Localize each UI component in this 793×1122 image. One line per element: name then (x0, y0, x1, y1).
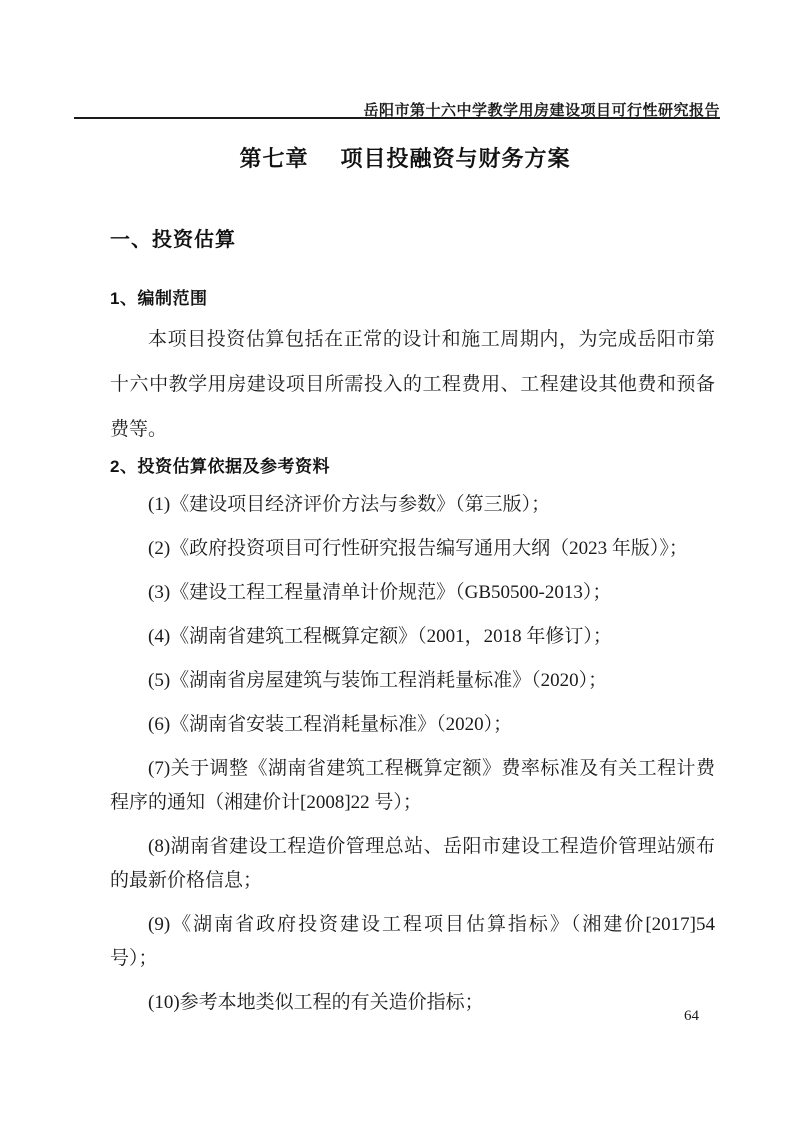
reference-item: (4)《湖南省建筑工程概算定额》（2001，2018 年修订）； (110, 620, 715, 654)
paragraph-compilation-scope: 本项目投资估算包括在正常的设计和施工周期内，为完成岳阳市第十六中教学用房建设项目… (110, 317, 715, 452)
chapter-title: 第七章 项目投融资与财务方案 (110, 142, 700, 173)
subsection-heading-estimate-basis: 2、投资估算依据及参考资料 (110, 452, 330, 477)
subsection-heading-compilation-scope: 1、编制范围 (110, 284, 207, 309)
reference-item: (6)《湖南省安装工程消耗量标准》（2020）； (110, 708, 715, 742)
reference-item: (9)《湖南省政府投资建设工程项目估算指标》（湘建价[2017]54 号）； (110, 908, 715, 976)
chapter-title-text: 项目投融资与财务方案 (341, 142, 571, 173)
reference-item: (10)参考本地类似工程的有关造价指标； (110, 986, 715, 1020)
section-heading-investment-estimate: 一、投资估算 (110, 223, 236, 252)
reference-item: (1)《建设项目经济评价方法与参数》（第三版）； (110, 488, 715, 522)
reference-item: (8)湖南省建设工程造价管理总站、岳阳市建设工程造价管理站颁布的最新价格信息； (110, 830, 715, 898)
reference-item: (2)《政府投资项目可行性研究报告编写通用大纲（2023 年版）》； (110, 532, 715, 566)
header-divider (74, 117, 720, 119)
page-number: 64 (684, 1008, 699, 1025)
reference-item: (7)关于调整《湖南省建筑工程概算定额》费率标准及有关工程计费程序的通知（湘建价… (110, 752, 715, 820)
reference-item: (5)《湖南省房屋建筑与装饰工程消耗量标准》（2020）； (110, 664, 715, 698)
document-page: 岳阳市第十六中学教学用房建设项目可行性研究报告 第七章 项目投融资与财务方案 一… (0, 0, 793, 1122)
chapter-number: 第七章 (239, 142, 308, 173)
reference-item: (3)《建设工程工程量清单计价规范》（GB50500-2013）； (110, 576, 715, 610)
reference-list: (1)《建设项目经济评价方法与参数》（第三版）； (2)《政府投资项目可行性研究… (110, 488, 715, 1030)
